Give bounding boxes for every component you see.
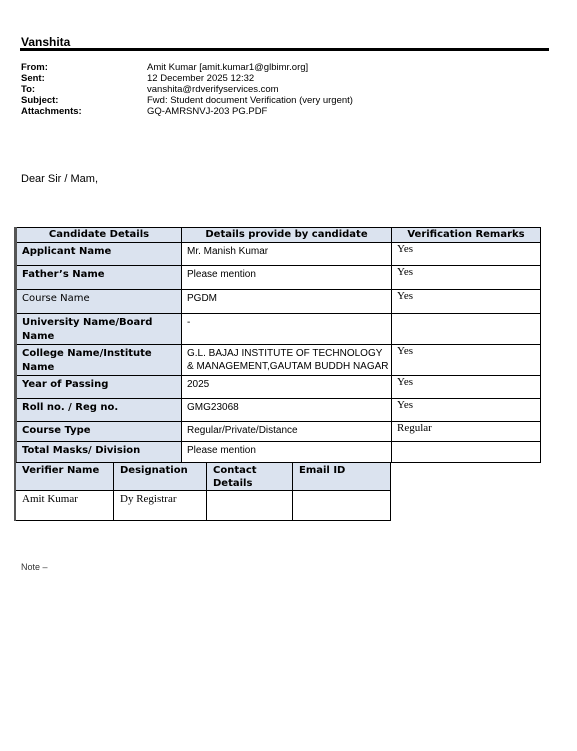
- table-row: University Name/Board Name -: [16, 314, 541, 345]
- row-value: Regular/Private/Distance: [182, 422, 392, 442]
- row-remark: Yes: [392, 376, 541, 399]
- verifier-contact: [207, 491, 293, 521]
- row-value: GMG23068: [182, 399, 392, 422]
- verifier-email: [293, 491, 391, 521]
- verifier-table: Verifier Name Designation Contact Detail…: [14, 462, 391, 521]
- row-label: Roll no. / Reg no.: [16, 399, 182, 422]
- row-value: G.L. BAJAJ INSTITUTE OF TECHNOLOGY & MAN…: [182, 345, 392, 376]
- column-header: Email ID: [293, 463, 391, 491]
- header-to: To: vanshita@rdverifyservices.com: [21, 84, 353, 95]
- table-row: Applicant Name Mr. Manish Kumar Yes: [16, 243, 541, 266]
- header-subject: Subject: Fwd: Student document Verificat…: [21, 95, 353, 106]
- row-label: Course Type: [16, 422, 182, 442]
- verifier-designation: Dy Registrar: [114, 491, 207, 521]
- table-row: Course Name PGDM Yes: [16, 290, 541, 314]
- row-value: Please mention: [182, 442, 392, 463]
- title-divider: [20, 48, 549, 51]
- row-remark: [392, 314, 541, 345]
- column-header: Verification Remarks: [392, 228, 541, 243]
- row-value: Mr. Manish Kumar: [182, 243, 392, 266]
- email-headers: From: Amit Kumar [amit.kumar1@glbimr.org…: [21, 62, 353, 117]
- row-label: Total Masks/ Division: [16, 442, 182, 463]
- table-row: Roll no. / Reg no. GMG23068 Yes: [16, 399, 541, 422]
- row-remark: Yes: [392, 345, 541, 376]
- header-label: Attachments:: [21, 106, 147, 117]
- row-value: Please mention: [182, 266, 392, 290]
- header-label: Subject:: [21, 95, 147, 106]
- table-row: Father’s Name Please mention Yes: [16, 266, 541, 290]
- email-sender-title: Vanshita: [21, 35, 70, 49]
- candidate-details-table: Candidate Details Details provide by can…: [14, 227, 541, 463]
- row-remark: Regular: [392, 422, 541, 442]
- row-label: Course Name: [16, 290, 182, 314]
- table-header-row: Verifier Name Designation Contact Detail…: [15, 463, 391, 491]
- row-label: University Name/Board Name: [16, 314, 182, 345]
- row-label: Year of Passing: [16, 376, 182, 399]
- column-header: Contact Details: [207, 463, 293, 491]
- row-remark: Yes: [392, 399, 541, 422]
- row-remark: Yes: [392, 266, 541, 290]
- attachment-link[interactable]: GQ-AMRSNVJ-203 PG.PDF: [147, 106, 267, 117]
- table-row: Amit Kumar Dy Registrar: [15, 491, 391, 521]
- row-remark: Yes: [392, 243, 541, 266]
- row-value: PGDM: [182, 290, 392, 314]
- header-label: Sent:: [21, 73, 147, 84]
- greeting: Dear Sir / Mam,: [21, 173, 98, 185]
- row-label: Applicant Name: [16, 243, 182, 266]
- note-text: Note –: [21, 562, 48, 572]
- column-header: Verifier Name: [15, 463, 114, 491]
- row-value: 2025: [182, 376, 392, 399]
- column-header: Details provide by candidate: [182, 228, 392, 243]
- header-label: To:: [21, 84, 147, 95]
- header-label: From:: [21, 62, 147, 73]
- table-row: Total Masks/ Division Please mention: [16, 442, 541, 463]
- header-value: Fwd: Student document Verification (very…: [147, 95, 353, 106]
- column-header: Candidate Details: [16, 228, 182, 243]
- table-row: Course Type Regular/Private/Distance Reg…: [16, 422, 541, 442]
- column-header: Designation: [114, 463, 207, 491]
- header-sent: Sent: 12 December 2025 12:32: [21, 73, 353, 84]
- header-value: Amit Kumar [amit.kumar1@glbimr.org]: [147, 62, 308, 73]
- verifier-name: Amit Kumar: [15, 491, 114, 521]
- header-value: 12 December 2025 12:32: [147, 73, 254, 84]
- table-row: College Name/Institute Name G.L. BAJAJ I…: [16, 345, 541, 376]
- row-remark: Yes: [392, 290, 541, 314]
- header-from: From: Amit Kumar [amit.kumar1@glbimr.org…: [21, 62, 353, 73]
- header-attachments: Attachments: GQ-AMRSNVJ-203 PG.PDF: [21, 106, 353, 117]
- row-label: College Name/Institute Name: [16, 345, 182, 376]
- row-label: Father’s Name: [16, 266, 182, 290]
- row-remark: [392, 442, 541, 463]
- row-value: -: [182, 314, 392, 345]
- table-header-row: Candidate Details Details provide by can…: [16, 228, 541, 243]
- table-row: Year of Passing 2025 Yes: [16, 376, 541, 399]
- header-value: vanshita@rdverifyservices.com: [147, 84, 279, 95]
